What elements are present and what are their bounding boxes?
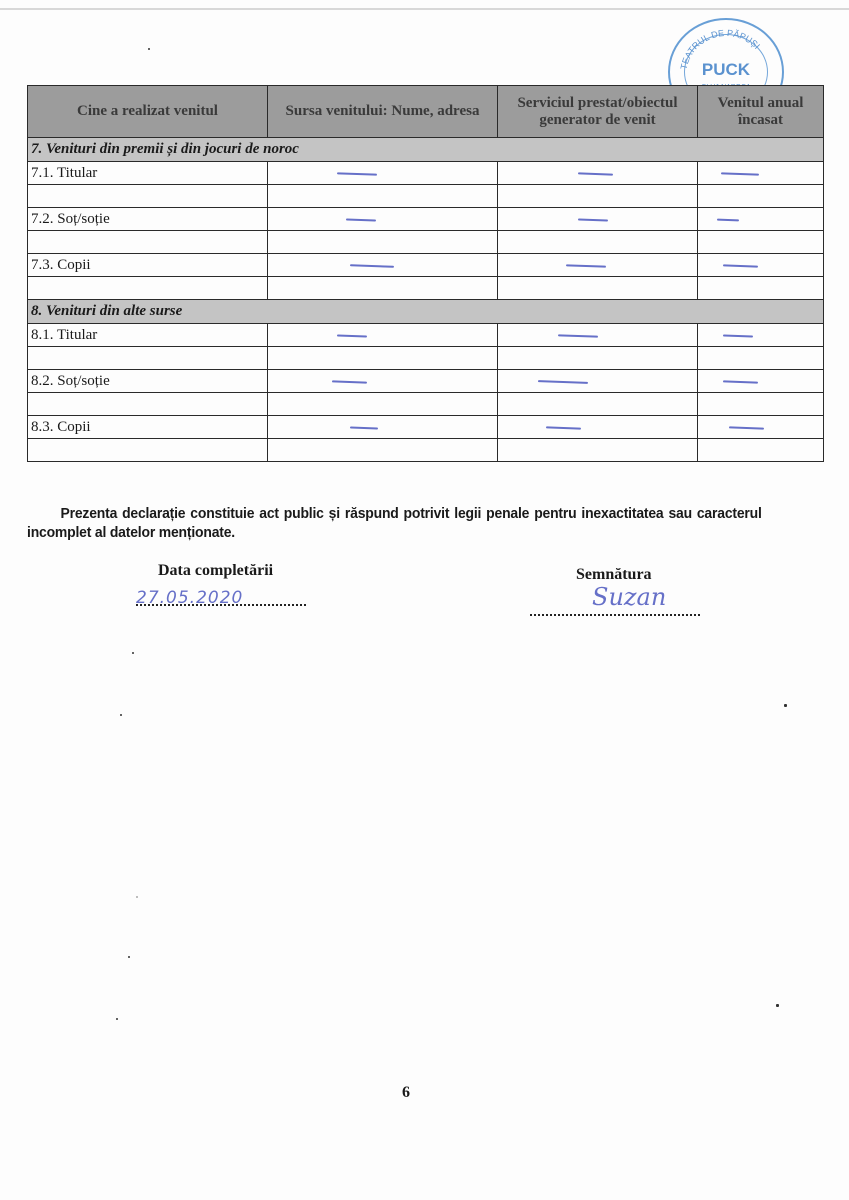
header-source: Sursa venitului: Nume, adresa xyxy=(268,86,498,138)
blank-cell xyxy=(268,185,498,208)
table-row-blank xyxy=(28,231,824,254)
blank-cell xyxy=(498,185,698,208)
scan-speck xyxy=(776,1004,779,1007)
blank-cell xyxy=(28,277,268,300)
date-label: Data completării xyxy=(158,562,273,580)
stamp-center-text: PUCK xyxy=(670,60,782,80)
cell-source xyxy=(268,208,498,231)
blank-cell xyxy=(698,393,824,416)
table-row-blank xyxy=(28,393,824,416)
cell-source xyxy=(268,162,498,185)
scan-speck xyxy=(148,48,150,50)
scan-speck xyxy=(116,1018,118,1020)
cell-service xyxy=(498,416,698,439)
blank-cell xyxy=(498,393,698,416)
scan-edge-line xyxy=(0,8,849,10)
handwritten-dash xyxy=(578,172,613,175)
cell-service xyxy=(498,254,698,277)
handwritten-dash xyxy=(558,334,598,337)
table-row: 8.1. Titular xyxy=(28,324,824,347)
blank-cell xyxy=(268,439,498,462)
table-row-blank xyxy=(28,185,824,208)
signature-dotted-line xyxy=(530,614,700,616)
section-row: 8. Venituri din alte surse xyxy=(28,300,824,324)
cell-source xyxy=(268,324,498,347)
blank-cell xyxy=(28,185,268,208)
handwritten-dash xyxy=(350,427,378,429)
blank-cell xyxy=(698,185,824,208)
blank-cell xyxy=(268,347,498,370)
blank-cell xyxy=(698,347,824,370)
blank-cell xyxy=(698,277,824,300)
handwritten-dash xyxy=(723,380,758,383)
cell-service xyxy=(498,162,698,185)
header-income: Venitul anual încasat xyxy=(698,86,824,138)
scan-speck xyxy=(132,652,134,654)
legal-statement: Prezenta declarație constituie act publi… xyxy=(27,504,762,542)
blank-cell xyxy=(498,231,698,254)
row-label: 8.3. Copii xyxy=(28,416,268,439)
cell-income xyxy=(698,416,824,439)
signature: Suzan xyxy=(592,583,666,611)
blank-cell xyxy=(28,393,268,416)
section-title: 8. Venituri din alte surse xyxy=(28,300,824,324)
blank-cell xyxy=(698,439,824,462)
blank-cell xyxy=(28,347,268,370)
cell-income xyxy=(698,324,824,347)
handwritten-dash xyxy=(729,426,764,429)
blank-cell xyxy=(498,347,698,370)
cell-source xyxy=(268,370,498,393)
table-row: 8.2. Soț/soție xyxy=(28,370,824,393)
cell-income xyxy=(698,254,824,277)
handwritten-dash xyxy=(578,218,608,221)
signature-label: Semnătura xyxy=(576,566,652,584)
cell-income xyxy=(698,162,824,185)
scan-speck xyxy=(136,896,138,898)
table-header-row: Cine a realizat venitul Sursa venitului:… xyxy=(28,86,824,138)
handwritten-dash xyxy=(720,172,758,175)
cell-service xyxy=(498,370,698,393)
handwritten-dash xyxy=(332,380,367,383)
table-row: 7.3. Copii xyxy=(28,254,824,277)
row-label: 8.2. Soț/soție xyxy=(28,370,268,393)
blank-cell xyxy=(28,439,268,462)
section-title: 7. Venituri din premii și din jocuri de … xyxy=(28,138,824,162)
table-row: 7.2. Soț/soție xyxy=(28,208,824,231)
date-dotted-line xyxy=(136,604,306,606)
header-service: Serviciul prestat/obiectul generator de … xyxy=(498,86,698,138)
scan-speck xyxy=(120,714,122,716)
handwritten-dash xyxy=(337,172,377,175)
row-label: 8.1. Titular xyxy=(28,324,268,347)
blank-cell xyxy=(498,277,698,300)
handwritten-dash xyxy=(337,334,367,337)
cell-service xyxy=(498,324,698,347)
blank-cell xyxy=(268,393,498,416)
handwritten-dash xyxy=(566,264,606,267)
section-row: 7. Venituri din premii și din jocuri de … xyxy=(28,138,824,162)
row-label: 7.1. Titular xyxy=(28,162,268,185)
cell-service xyxy=(498,208,698,231)
table-row-blank xyxy=(28,347,824,370)
handwritten-dash xyxy=(723,334,753,337)
page-number: 6 xyxy=(402,1084,410,1102)
scan-speck xyxy=(128,956,130,958)
handwritten-dash xyxy=(350,264,394,267)
blank-cell xyxy=(498,439,698,462)
blank-cell xyxy=(28,231,268,254)
table-row: 7.1. Titular xyxy=(28,162,824,185)
table-row-blank xyxy=(28,439,824,462)
cell-income xyxy=(698,370,824,393)
cell-source xyxy=(268,416,498,439)
handwritten-dash xyxy=(723,264,758,267)
handwritten-dash xyxy=(346,218,376,221)
header-who: Cine a realizat venitul xyxy=(28,86,268,138)
handwritten-dash xyxy=(546,426,581,429)
row-label: 7.3. Copii xyxy=(28,254,268,277)
handwritten-dash xyxy=(717,219,739,221)
blank-cell xyxy=(268,231,498,254)
cell-source xyxy=(268,254,498,277)
table-row: 8.3. Copii xyxy=(28,416,824,439)
blank-cell xyxy=(268,277,498,300)
table-row-blank xyxy=(28,277,824,300)
handwritten-dash xyxy=(538,380,588,383)
scan-speck xyxy=(784,704,787,707)
blank-cell xyxy=(698,231,824,254)
row-label: 7.2. Soț/soție xyxy=(28,208,268,231)
income-table: Cine a realizat venitul Sursa venitului:… xyxy=(27,85,824,462)
cell-income xyxy=(698,208,824,231)
